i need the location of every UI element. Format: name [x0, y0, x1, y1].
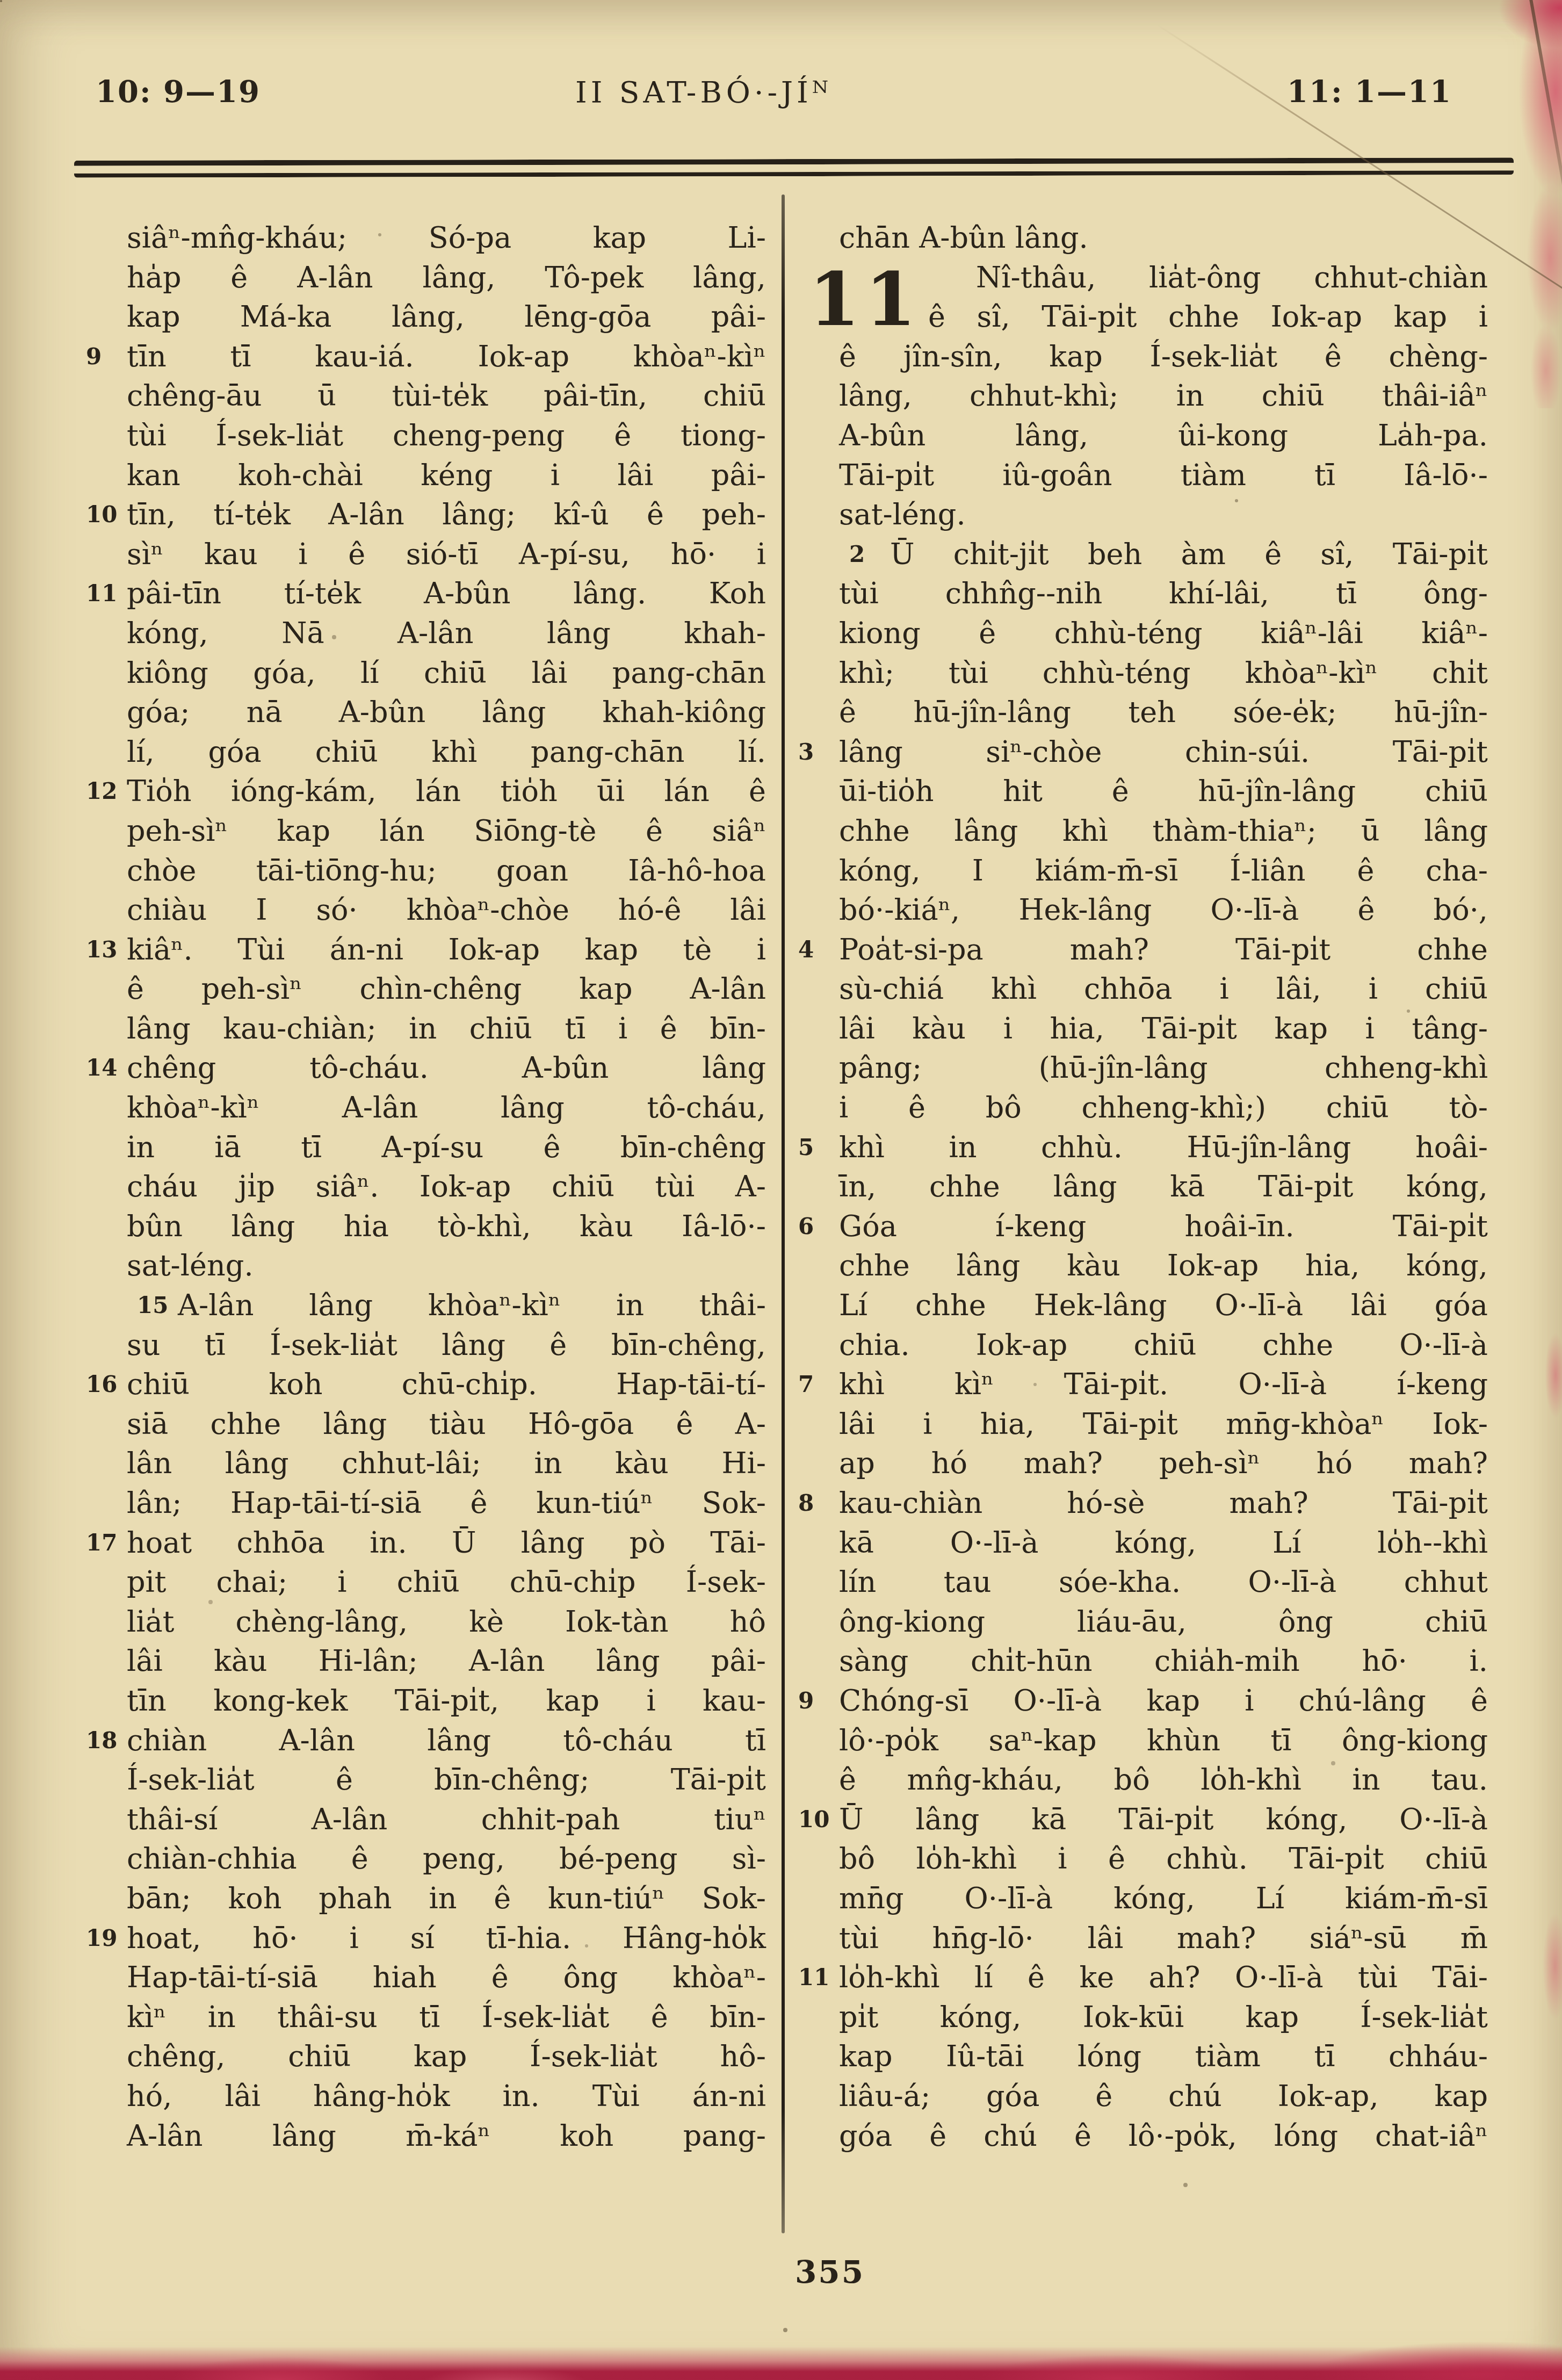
line-text: lâi kàu i hia, Tāi-pi̍t kap i tâng- — [839, 1012, 1488, 1045]
verse-number: 3 — [798, 733, 834, 771]
verse-line: ê sî, Tāi-pi̍t chhe Iok-ap kap i — [839, 297, 1488, 337]
line-text: siâⁿ-mn̂g-kháu; Só-pa kap Li- — [127, 221, 766, 255]
line-text: liâu-á; góa ê chú Iok-ap, kap — [839, 2079, 1488, 2113]
verse-number: 13 — [86, 931, 121, 969]
line-text: sàng chi̍t-hūn chia̍h-mi̍h hō· i. — [839, 1644, 1488, 1678]
line-text: kan koh-chài kéng i lâi pâi- — [127, 458, 766, 492]
line-text: pâi-tīn tí-te̍k A-bûn lâng. Koh — [127, 576, 766, 610]
verse-line: kìⁿ in thâi-su tī Í-sek-lia̍t ê bīn- — [127, 1997, 766, 2037]
verse-line: 13kiâⁿ. Tùi án-ni Iok-ap kap tè i — [127, 930, 766, 970]
verse-line: mn̄g O·-lī-à kóng, Lí kiám-m̄-sī — [839, 1879, 1488, 1919]
verse-number: 9 — [86, 338, 121, 376]
verse-line: chòe tāi-tiōng-hu; goan Iâ-hô-hoa — [127, 851, 766, 891]
verse-line: peh-sìⁿ kap lán Siōng-tè ê siâⁿ — [127, 811, 766, 851]
line-text: Chóng-sī O·-lī-à kap i chú-lâng ê — [839, 1684, 1488, 1718]
verse-line: 7khì kìⁿ Tāi-pi̍t. O·-lī-à í-keng — [839, 1365, 1488, 1404]
line-text: bān; koh phah in ê kun-tiúⁿ Sok- — [127, 1881, 766, 1915]
verse-line: kap Má-ka lâng, lēng-gōa pâi- — [127, 297, 766, 337]
line-text: kiong ê chhù-téng kiâⁿ-lâi kiâⁿ- — [839, 616, 1488, 650]
line-text: ê mn̂g-kháu, bô lo̍h-khì in tau. — [839, 1763, 1488, 1797]
line-text: ap hó mah? peh-sìⁿ hó mah? — [839, 1446, 1488, 1480]
verse-number: 12 — [86, 773, 121, 810]
verse-line: Í-sek-lia̍t ê bīn-chêng; Tāi-pi̍t — [127, 1760, 766, 1800]
verse-line: lia̍t chèng-lâng, kè Iok-tàn hô — [127, 1602, 766, 1642]
verse-line: kóng, Nā A-lân lâng khah- — [127, 614, 766, 653]
verse-line: ông-kiong liáu-āu, ông chiū — [839, 1602, 1488, 1642]
line-text: ê peh-sìⁿ chìn-chêng kap A-lân — [127, 972, 766, 1006]
verse-line: lô·-po̍k saⁿ-kap khùn tī ông-kiong — [839, 1721, 1488, 1761]
verse-line: chiàu I só· khòaⁿ-chòe hó-ê lâi — [127, 890, 766, 930]
line-text: chêng, chiū kap Í-sek-lia̍t hô- — [127, 2039, 766, 2073]
verse-line: 14chêng tô-cháu. A-bûn lâng — [127, 1048, 766, 1088]
line-text: lín tau sóe-kha. O·-lī-à chhut — [839, 1565, 1488, 1599]
line-text: Hap-tāi-tí-siā hiah ê ông khòaⁿ- — [127, 1960, 766, 1994]
line-text: bûn lâng hia tò-khì, kàu Iâ-lō·- — [127, 1209, 766, 1243]
verse-line: tùi chhn̂g--nih khí-lâi, tī ông- — [839, 574, 1488, 614]
verse-line: 16chiū koh chū-chi̍p. Hap-tāi-tí- — [127, 1365, 766, 1404]
book-page-scan: 10: 9—19 II SAT-BÓ·-JÍᴺ 11: 1—11 siâⁿ-mn… — [0, 0, 1562, 2380]
line-text: khì in chhù. Hū-jîn-lâng hoâi- — [839, 1130, 1488, 1164]
line-text: chòe tāi-tiōng-hu; goan Iâ-hô-hoa — [127, 854, 766, 888]
line-text: kìⁿ in thâi-su tī Í-sek-lia̍t ê bīn- — [127, 2000, 766, 2034]
line-text: ê sî, Tāi-pi̍t chhe Iok-ap kap i — [928, 300, 1488, 334]
verse-line: khòaⁿ-kìⁿ A-lân lâng tô-cháu, — [127, 1088, 766, 1128]
verse-line: lân; Hap-tāi-tí-siā ê kun-tiúⁿ Sok- — [127, 1483, 766, 1523]
line-text: kóng, I kiám-m̄-sī Í-liân ê cha- — [839, 854, 1488, 888]
verse-number: 10 — [798, 1801, 834, 1838]
verse-line: bûn lâng hia tò-khì, kàu Iâ-lō·- — [127, 1207, 766, 1246]
verse-line: 15A-lân lâng khòaⁿ-kìⁿ in thâi- — [127, 1286, 766, 1325]
line-text: tīn tī kau-iá. Iok-ap khòaⁿ-kìⁿ — [127, 340, 766, 373]
line-text: chhe lâng khì thàm-thiaⁿ; ū lâng — [839, 814, 1488, 848]
line-text: Tio̍h ióng-kám, lán tio̍h ūi lán ê — [127, 774, 766, 808]
verse-number: 4 — [798, 931, 834, 969]
line-text: A-lân lâng m̄-káⁿ koh pang- — [127, 2119, 766, 2153]
line-text: ūi-tio̍h hit ê hū-jîn-lâng chiū — [839, 774, 1488, 808]
line-text: khì; tùi chhù-téng khòaⁿ-kìⁿ chi̍t — [839, 656, 1488, 690]
verse-line: bô lo̍h-khì i ê chhù. Tāi-pi̍t chiū — [839, 1839, 1488, 1879]
verse-line: tùi Í-sek-lia̍t cheng-peng ê tiong- — [127, 416, 766, 456]
verse-number: 17 — [86, 1524, 121, 1562]
line-text: Ū lâng kā Tāi-pi̍t kóng, O·-lī-à — [839, 1802, 1488, 1836]
verse-number: 7 — [798, 1366, 834, 1403]
verse-line: ap hó mah? peh-sìⁿ hó mah? — [839, 1444, 1488, 1483]
header-left-reference: 10: 9—19 — [96, 74, 261, 110]
verse-line: pi̍t kóng, Iok-kūi kap Í-sek-lia̍t — [839, 1997, 1488, 2037]
verse-line: 6Góa í-keng hoâi-īn. Tāi-pi̍t — [839, 1207, 1488, 1246]
column-divider-rule — [782, 194, 785, 2233]
verse-line: su tī Í-sek-lia̍t lâng ê bīn-chêng, — [127, 1325, 766, 1365]
verse-line: 10tīn, tí-te̍k A-lân lâng; kî-û ê peh- — [127, 495, 766, 535]
line-text: Poa̍t-si-pa mah? Tāi-pi̍t chhe — [839, 933, 1488, 967]
line-text: tīn, tí-te̍k A-lân lâng; kî-û ê peh- — [127, 497, 766, 531]
line-text: chiū koh chū-chi̍p. Hap-tāi-tí- — [127, 1367, 766, 1401]
line-text: góa; nā A-bûn lâng khah-kiông — [127, 695, 766, 729]
verse-line: ê peh-sìⁿ chìn-chêng kap A-lân — [127, 969, 766, 1009]
line-text: hoat chhōa in. Ū lâng pò Tāi- — [127, 1526, 766, 1560]
verse-line: ê jîn-sîn, kap Í-sek-lia̍t ê chèng- — [839, 337, 1488, 377]
line-text: lân; Hap-tāi-tí-siā ê kun-tiúⁿ Sok- — [127, 1486, 766, 1520]
line-text: chhe lâng kàu Iok-ap hia, kóng, — [839, 1249, 1488, 1282]
line-text: lâi i hia, Tāi-pi̍t mn̄g-khòaⁿ Iok- — [839, 1407, 1488, 1441]
verse-line: lín tau sóe-kha. O·-lī-à chhut — [839, 1562, 1488, 1602]
verse-number: 18 — [86, 1722, 121, 1759]
verse-line: bān; koh phah in ê kun-tiúⁿ Sok- — [127, 1879, 766, 1919]
verse-line: pâng; (hū-jîn-lâng chheng-khì — [839, 1048, 1488, 1088]
verse-line: sat-léng. — [839, 495, 1488, 535]
verse-line: pit chai; i chiū chū-chi̍p Í-sek- — [127, 1562, 766, 1602]
verse-line: Tāi-pi̍t iû-goân tiàm tī Iâ-lō·- — [839, 456, 1488, 495]
verse-line: ūi-tio̍h hit ê hū-jîn-lâng chiū — [839, 771, 1488, 811]
verse-number: 15 — [86, 1287, 121, 1324]
header-rule — [74, 157, 1514, 178]
verse-number: 16 — [86, 1366, 121, 1403]
line-text: A-bûn lâng, ûi-kong La̍h-pa. — [839, 419, 1488, 452]
verse-line: 12Tio̍h ióng-kám, lán tio̍h ūi lán ê — [127, 771, 766, 811]
verse-line: sù-chiá khì chhōa i lâi, i chiū — [839, 969, 1488, 1009]
verse-line: bó·-kiáⁿ, Hek-lâng O·-lī-à ê bó·, — [839, 890, 1488, 930]
verse-line: sàng chi̍t-hūn chia̍h-mi̍h hō· i. — [839, 1641, 1488, 1681]
verse-line: 4Poa̍t-si-pa mah? Tāi-pi̍t chhe — [839, 930, 1488, 970]
line-text: in iā tī A-pí-su ê bīn-chêng — [127, 1130, 766, 1164]
verse-number: 14 — [86, 1049, 121, 1087]
verse-line: Nî-thâu, lia̍t-ông chhut-chiàn — [839, 258, 1488, 298]
verse-number: 5 — [798, 1129, 834, 1166]
line-text: chêng-āu ū tùi-te̍k pâi-tīn, chiū — [127, 379, 766, 413]
verse-line: 17hoat chhōa in. Ū lâng pò Tāi- — [127, 1523, 766, 1563]
line-text: kau-chiàn hó-sè mah? Tāi-pi̍t — [839, 1486, 1488, 1520]
verse-line: 18chiàn A-lân lâng tô-cháu tī — [127, 1721, 766, 1761]
line-text: chiàn A-lân lâng tô-cháu tī — [127, 1723, 766, 1757]
verse-line: 2Ū chi̍t-ji̍t beh àm ê sî, Tāi-pi̍t — [839, 535, 1488, 574]
verse-line: chhe lâng khì thàm-thiaⁿ; ū lâng — [839, 811, 1488, 851]
right-edge-stain — [1545, 1332, 1562, 1418]
line-text: tùi Í-sek-lia̍t cheng-peng ê tiong- — [127, 419, 766, 452]
verse-number: 2 — [798, 536, 834, 573]
bottom-edge-red-stain — [0, 2305, 1562, 2380]
left-text-column: siâⁿ-mn̂g-kháu; Só-pa kap Li- ha̍p ê A-l… — [127, 218, 766, 2155]
verse-line: 19hoat, hō· i sí tī-hia. Hâng-ho̍k — [127, 1919, 766, 1958]
verse-line: 8kau-chiàn hó-sè mah? Tāi-pi̍t — [839, 1483, 1488, 1523]
verse-line: siâⁿ-mn̂g-kháu; Só-pa kap Li- — [127, 218, 766, 258]
line-text: lo̍h-khì lí ê ke ah? O·-lī-à tùi Tāi- — [839, 1960, 1488, 1994]
verse-line: cháu ji̍p siâⁿ. Iok-ap chiū tùi A- — [127, 1167, 766, 1207]
verse-line: chêng-āu ū tùi-te̍k pâi-tīn, chiū — [127, 376, 766, 416]
verse-line: liâu-á; góa ê chú Iok-ap, kap — [839, 2076, 1488, 2116]
line-text: kóng, Nā A-lân lâng khah- — [127, 616, 766, 650]
line-text: lâng, chhut-khì; in chiū thâi-iâⁿ — [839, 379, 1488, 413]
line-text: i ê bô chheng-khì;) chiū tò- — [839, 1091, 1488, 1124]
line-text: thâi-sí A-lân chhit-pah tiuⁿ — [127, 1802, 766, 1836]
verse-line: kap Iû-tāi lóng tiàm tī chháu- — [839, 2037, 1488, 2076]
line-text: kiâⁿ. Tùi án-ni Iok-ap kap tè i — [127, 933, 766, 967]
verse-line: ê mn̂g-kháu, bô lo̍h-khì in tau. — [839, 1760, 1488, 1800]
verse-line: sat-léng. — [127, 1246, 766, 1286]
verse-line: lí, góa chiū khì pang-chān lí. — [127, 732, 766, 772]
line-text: tīn kong-kek Tāi-pi̍t, kap i kau- — [127, 1684, 766, 1718]
verse-line: khì; tùi chhù-téng khòaⁿ-kìⁿ chi̍t — [839, 653, 1488, 693]
line-text: peh-sìⁿ kap lán Siōng-tè ê siâⁿ — [127, 814, 766, 848]
verse-line: chia. Iok-ap chiū chhe O·-lī-à — [839, 1325, 1488, 1365]
verse-line: tīn kong-kek Tāi-pi̍t, kap i kau- — [127, 1681, 766, 1721]
line-text: pit chai; i chiū chū-chi̍p Í-sek- — [127, 1565, 766, 1599]
line-text: Í-sek-lia̍t ê bīn-chêng; Tāi-pi̍t — [127, 1763, 766, 1797]
verse-line: góa ê chú ê lô·-po̍k, lóng chat-iâⁿ — [839, 2116, 1488, 2156]
line-text: Nî-thâu, lia̍t-ông chhut-chiàn — [976, 261, 1488, 294]
verse-line: chêng, chiū kap Í-sek-lia̍t hô- — [127, 2037, 766, 2076]
line-text: tùi chhn̂g--nih khí-lâi, tī ông- — [839, 576, 1488, 610]
line-text: hó, lâi hâng-ho̍k in. Tùi án-ni — [127, 2079, 766, 2113]
line-text: Góa í-keng hoâi-īn. Tāi-pi̍t — [839, 1209, 1488, 1243]
line-text: lâng siⁿ-chòe chin-súi. Tāi-pi̍t — [839, 735, 1488, 769]
verse-line: 11pâi-tīn tí-te̍k A-bûn lâng. Koh — [127, 574, 766, 614]
verse-line: chiàn-chhia ê peng, bé-peng sì- — [127, 1839, 766, 1879]
line-text: chiàu I só· khòaⁿ-chòe hó-ê lâi — [127, 893, 766, 927]
verse-line: 9tīn tī kau-iá. Iok-ap khòaⁿ-kìⁿ — [127, 337, 766, 377]
line-text: lô·-po̍k saⁿ-kap khùn tī ông-kiong — [839, 1723, 1488, 1757]
verse-line: siā chhe lâng tiàu Hô-gōa ê A- — [127, 1404, 766, 1444]
line-text: bó·-kiáⁿ, Hek-lâng O·-lī-à ê bó·, — [839, 893, 1488, 927]
verse-line: tùi hn̄g-lō· lâi mah? siáⁿ-sū m̄ — [839, 1919, 1488, 1958]
line-text: pâng; (hū-jîn-lâng chheng-khì — [839, 1051, 1488, 1085]
verse-line: lâi kàu Hi-lân; A-lân lâng pâi- — [127, 1641, 766, 1681]
verse-line: chhe lâng kàu Iok-ap hia, kóng, — [839, 1246, 1488, 1286]
verse-line: lâi kàu i hia, Tāi-pi̍t kap i tâng- — [839, 1009, 1488, 1049]
verse-line: 10Ū lâng kā Tāi-pi̍t kóng, O·-lī-à — [839, 1800, 1488, 1840]
verse-number: 19 — [86, 1920, 121, 1957]
verse-line: 9Chóng-sī O·-lī-à kap i chú-lâng ê — [839, 1681, 1488, 1721]
verse-line: Lí chhe Hek-lâng O·-lī-à lâi góa — [839, 1286, 1488, 1325]
page-edge-shadow — [1527, 0, 1562, 280]
line-text: bô lo̍h-khì i ê chhù. Tāi-pi̍t chiū — [839, 1842, 1488, 1876]
verse-line: sìⁿ kau i ê sió-tī A-pí-su, hō· i — [127, 535, 766, 574]
line-text: sat-léng. — [127, 1249, 254, 1282]
verse-line: kā O·-lī-à kóng, Lí lo̍h--khì — [839, 1523, 1488, 1563]
line-text: lí, góa chiū khì pang-chān lí. — [127, 735, 766, 769]
line-text: góa ê chú ê lô·-po̍k, lóng chat-iâⁿ — [839, 2119, 1488, 2153]
line-text: sìⁿ kau i ê sió-tī A-pí-su, hō· i — [127, 537, 766, 571]
line-text: pi̍t kóng, Iok-kūi kap Í-sek-lia̍t — [839, 2000, 1488, 2034]
verse-line: in iā tī A-pí-su ê bīn-chêng — [127, 1128, 766, 1167]
verse-number: 11 — [798, 1959, 834, 1996]
verse-number: 9 — [798, 1682, 834, 1720]
verse-line: i ê bô chheng-khì;) chiū tò- — [839, 1088, 1488, 1128]
line-text: khòaⁿ-kìⁿ A-lân lâng tô-cháu, — [127, 1091, 766, 1124]
line-text: Ū chi̍t-ji̍t beh àm ê sî, Tāi-pi̍t — [890, 537, 1488, 571]
line-text: Tāi-pi̍t iû-goân tiàm tī Iâ-lō·- — [839, 458, 1488, 492]
line-text: ha̍p ê A-lân lâng, Tô-pek lâng, — [127, 261, 766, 294]
verse-line: 5khì in chhù. Hū-jîn-lâng hoâi- — [839, 1128, 1488, 1167]
verse-number: 10 — [86, 496, 121, 533]
line-text: kap Má-ka lâng, lēng-gōa pâi- — [127, 300, 766, 334]
page-number: 355 — [749, 2254, 910, 2290]
line-text: chêng tô-cháu. A-bûn lâng — [127, 1051, 766, 1085]
line-text: sù-chiá khì chhōa i lâi, i chiū — [839, 972, 1488, 1006]
line-text: lia̍t chèng-lâng, kè Iok-tàn hô — [127, 1605, 766, 1639]
verse-line: Hap-tāi-tí-siā hiah ê ông khòaⁿ- — [127, 1958, 766, 1997]
verse-line: ê hū-jîn-lâng teh sóe-e̍k; hū-jîn- — [839, 693, 1488, 732]
header-right-reference: 11: 1—11 — [1287, 74, 1452, 110]
right-text-column: 11 chān A-bûn lâng. Nî-thâu, lia̍t-ông c… — [839, 218, 1488, 2155]
line-text: lân lâng chhut-lâi; in kàu Hi- — [127, 1446, 766, 1480]
line-text: chia. Iok-ap chiū chhe O·-lī-à — [839, 1328, 1488, 1362]
verse-line: chān A-bûn lâng. — [839, 218, 1488, 258]
line-text: Lí chhe Hek-lâng O·-lī-à lâi góa — [839, 1288, 1488, 1322]
verse-line: góa; nā A-bûn lâng khah-kiông — [127, 693, 766, 732]
line-text: A-lân lâng khòaⁿ-kìⁿ in thâi- — [178, 1288, 766, 1322]
verse-line: kiông góa, lí chiū lâi pang-chān — [127, 653, 766, 693]
verse-line: īn, chhe lâng kā Tāi-pi̍t kóng, — [839, 1167, 1488, 1207]
line-text: kā O·-lī-à kóng, Lí lo̍h--khì — [839, 1526, 1488, 1560]
line-text: ê hū-jîn-lâng teh sóe-e̍k; hū-jîn- — [839, 695, 1488, 729]
verse-line: kóng, I kiám-m̄-sī Í-liân ê cha- — [839, 851, 1488, 891]
line-text: hoat, hō· i sí tī-hia. Hâng-ho̍k — [127, 1921, 766, 1955]
verse-number: 6 — [798, 1208, 834, 1245]
line-text: su tī Í-sek-lia̍t lâng ê bīn-chêng, — [127, 1328, 766, 1362]
verse-line: kiong ê chhù-téng kiâⁿ-lâi kiâⁿ- — [839, 614, 1488, 653]
verse-line: lâi i hia, Tāi-pi̍t mn̄g-khòaⁿ Iok- — [839, 1404, 1488, 1444]
line-text: chān A-bûn lâng. — [839, 221, 1088, 255]
verse-line: ha̍p ê A-lân lâng, Tô-pek lâng, — [127, 258, 766, 298]
verse-line: lâng kau-chiàn; in chiū tī i ê bīn- — [127, 1009, 766, 1049]
verse-line: kan koh-chài kéng i lâi pâi- — [127, 456, 766, 495]
line-text: īn, chhe lâng kā Tāi-pi̍t kóng, — [839, 1170, 1488, 1203]
verse-number: 8 — [798, 1484, 834, 1522]
line-text: ông-kiong liáu-āu, ông chiū — [839, 1605, 1488, 1639]
right-edge-stain — [1543, 1913, 1562, 2020]
line-text: lâi kàu Hi-lân; A-lân lâng pâi- — [127, 1644, 766, 1678]
line-text: kiông góa, lí chiū lâi pang-chān — [127, 656, 766, 690]
verse-line: thâi-sí A-lân chhit-pah tiuⁿ — [127, 1800, 766, 1840]
line-text: cháu ji̍p siâⁿ. Iok-ap chiū tùi A- — [127, 1170, 766, 1203]
verse-line: lâng, chhut-khì; in chiū thâi-iâⁿ — [839, 376, 1488, 416]
line-text: tùi hn̄g-lō· lâi mah? siáⁿ-sū m̄ — [839, 1921, 1488, 1955]
verse-line: 11lo̍h-khì lí ê ke ah? O·-lī-à tùi Tāi- — [839, 1958, 1488, 1997]
verse-line: 3lâng siⁿ-chòe chin-súi. Tāi-pi̍t — [839, 732, 1488, 772]
paper-speckles — [0, 0, 2, 2]
verse-line: lân lâng chhut-lâi; in kàu Hi- — [127, 1444, 766, 1483]
line-text: mn̄g O·-lī-à kóng, Lí kiám-m̄-sī — [839, 1881, 1488, 1915]
line-text: chiàn-chhia ê peng, bé-peng sì- — [127, 1842, 766, 1876]
verse-number: 11 — [86, 575, 121, 612]
line-text: kap Iû-tāi lóng tiàm tī chháu- — [839, 2039, 1488, 2073]
verse-line: A-bûn lâng, ûi-kong La̍h-pa. — [839, 416, 1488, 456]
verse-line: hó, lâi hâng-ho̍k in. Tùi án-ni — [127, 2076, 766, 2116]
line-text: lâng kau-chiàn; in chiū tī i ê bīn- — [127, 1012, 766, 1045]
line-text: siā chhe lâng tiàu Hô-gōa ê A- — [127, 1407, 766, 1441]
line-text: khì kìⁿ Tāi-pi̍t. O·-lī-à í-keng — [839, 1367, 1488, 1401]
page-title: II SAT-BÓ·-JÍᴺ — [548, 75, 859, 110]
verse-line: A-lân lâng m̄-káⁿ koh pang- — [127, 2116, 766, 2156]
line-text: sat-léng. — [839, 497, 966, 531]
line-text: ê jîn-sîn, kap Í-sek-lia̍t ê chèng- — [839, 340, 1488, 373]
